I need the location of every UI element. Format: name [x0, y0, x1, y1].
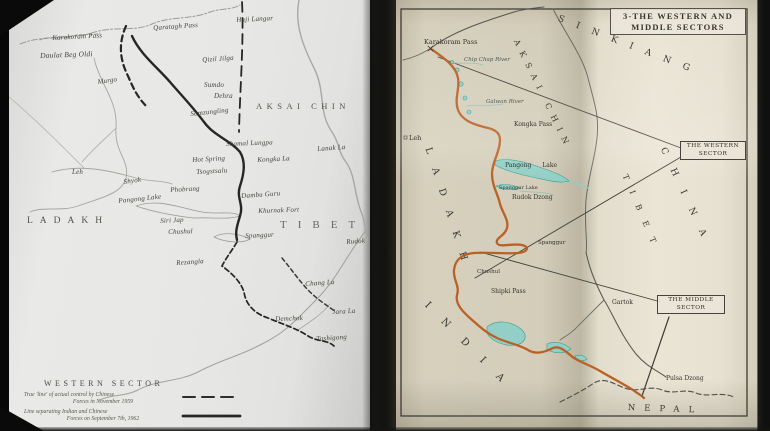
region-label-ladakh: LADAKH: [27, 216, 109, 226]
legend-entry-1962: Line separating Indian and Chinese Force…: [24, 409, 182, 422]
photo-edge-left: [0, 0, 9, 431]
place-label-kongka-pass: Kongka Pass: [514, 121, 552, 128]
place-label-leh: Leh: [72, 168, 83, 176]
place-label-gartok: Gartok: [612, 299, 633, 306]
place-label-galwan-river: Galwan River: [486, 99, 524, 105]
callout-western-sector: THE WESTERN SECTOR: [680, 141, 746, 160]
region-label-aksai-chin: AKSAI CHIN: [256, 101, 350, 111]
place-label-spanggur-right: Spanggur: [538, 240, 565, 246]
place-label-tsogstsalu: Tsogstsalu: [196, 166, 228, 176]
legend: WESTERN SECTOR True 'line' of actual con…: [24, 379, 264, 423]
place-label-rudok: Rudok: [346, 237, 365, 246]
place-label-daulat-beg-oldi: Daulat Beg Oldi: [40, 49, 93, 60]
photo-of-two-maps: Karakoram Pass Daulat Beg Oldi Murgo Qar…: [0, 0, 770, 431]
left-map-lines: [8, 0, 368, 416]
map-linework: [0, 0, 770, 431]
place-label-jara-la: Jara La: [332, 307, 356, 316]
region-label-tibet: TIBET: [280, 219, 366, 231]
place-label-chushul: Chushul: [168, 227, 193, 236]
place-label-siri-jap: Siri Jap: [160, 216, 184, 225]
place-label-leh-right: Leh: [409, 134, 421, 142]
place-label-pangong-lake-right: Pangong Lake: [505, 162, 557, 169]
photo-edge-right: [757, 0, 770, 431]
place-label-spanggur-lake: Spanggur Lake: [499, 185, 538, 191]
place-label-rudok-dzong: Rudok Dzong: [512, 194, 553, 201]
legend-title: WESTERN SECTOR: [44, 379, 264, 388]
place-label-phobrang: Phobrang: [170, 184, 200, 194]
place-label-chip-chap-river: Chip Chap River: [464, 57, 510, 63]
place-label-dehra: Dehra: [214, 92, 233, 100]
place-label-spanggur: Spanggur: [245, 230, 274, 239]
photo-edge-bottom: [0, 427, 770, 431]
place-label-pulsa-dzong: Pulsa Dzong: [666, 375, 704, 382]
right-map-title: 3-THE WESTERN AND MIDDLE SECTORS: [610, 8, 746, 35]
legend-entry-1959: True 'line' of actual control by Chinese…: [24, 392, 182, 405]
place-label-demchok: Demchok: [275, 314, 303, 323]
place-label-chushul-right: Chushul: [477, 269, 500, 275]
place-label-kongka-la: Kongka La: [257, 154, 290, 164]
place-label-shipki-pass: Shipki Pass: [491, 288, 526, 295]
place-label-karakoram-pass-right: Karakoram Pass: [424, 38, 477, 46]
place-label-khurnak-fort: Khurnak Fort: [258, 206, 299, 215]
callout-middle-sector: THE MIDDLE SECTOR: [657, 295, 725, 314]
place-label-shamal-lungpa: Shamal Lungpa: [226, 138, 273, 148]
place-label-sumdo: Sumdo: [204, 81, 224, 89]
